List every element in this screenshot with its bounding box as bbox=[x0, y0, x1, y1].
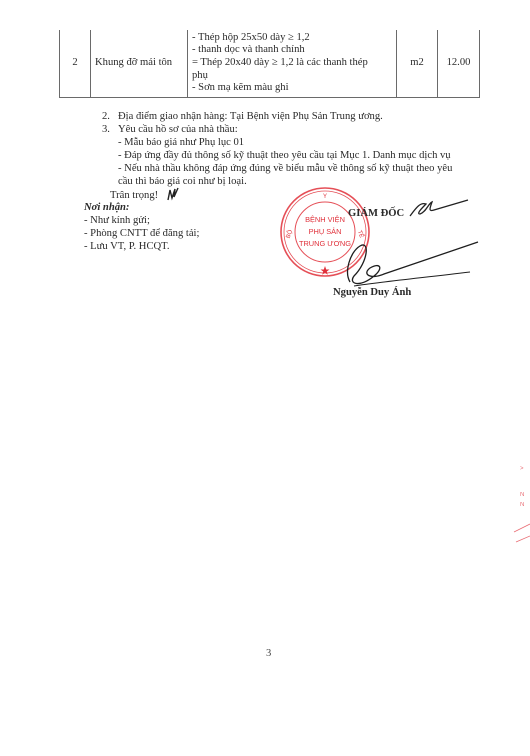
row-number: 2 bbox=[60, 30, 91, 97]
adjacent-stamp-fragment-icon: > N N bbox=[508, 440, 530, 550]
recipient-item: - Phòng CNTT để đăng tải; bbox=[84, 227, 199, 240]
description-line: - Sơn mạ kẽm màu ghi bbox=[192, 82, 392, 95]
svg-text:N: N bbox=[520, 502, 524, 508]
page-number: 3 bbox=[266, 648, 271, 659]
item-delivery-location: 2.Địa điểm giao nhận hàng: Tại Bệnh viện… bbox=[102, 110, 383, 123]
recipient-item: - Lưu VT, P. HCQT. bbox=[84, 240, 170, 253]
table-row: 2 Khung đỡ mái tôn - Thép hộp 25x50 dày … bbox=[60, 30, 480, 97]
item-text: Yêu cầu hồ sơ của nhà thầu: bbox=[118, 124, 238, 135]
item-description: - Thép hộp 25x50 dày ≥ 1,2 - thanh dọc v… bbox=[188, 30, 397, 97]
item-bidder-requirements: 3.Yêu cầu hồ sơ của nhà thầu: bbox=[102, 123, 238, 136]
director-signature-icon bbox=[340, 232, 480, 292]
svg-text:N: N bbox=[520, 492, 524, 498]
svg-text:>: > bbox=[520, 466, 524, 472]
description-line: - thanh dọc và thanh chính bbox=[192, 44, 392, 57]
initial-signature-icon bbox=[165, 186, 181, 202]
item-number: 2. bbox=[102, 110, 118, 123]
description-line: = Thép 20x40 dày ≥ 1,2 là các thanh thép bbox=[192, 57, 392, 70]
requirement-line: - Đáp ứng đầy đủ thông số kỹ thuật theo … bbox=[118, 149, 451, 162]
item-text: Địa điểm giao nhận hàng: Tại Bệnh viện P… bbox=[118, 111, 383, 122]
item-number: 3. bbox=[102, 123, 118, 136]
svg-text:Y: Y bbox=[323, 194, 327, 200]
recipients-title: Nơi nhận: bbox=[84, 201, 129, 214]
director-signature-small-icon bbox=[408, 198, 470, 220]
requirement-line: cầu thì báo giá coi như bị loại. bbox=[118, 175, 247, 188]
item-unit: m2 bbox=[397, 30, 438, 97]
signer-position: GIÁM ĐỐC bbox=[348, 207, 404, 220]
description-line: - Thép hộp 25x50 dày ≥ 1,2 bbox=[192, 32, 392, 45]
signer-name: Nguyễn Duy Ánh bbox=[333, 286, 411, 299]
recipient-item: - Như kính gửi; bbox=[84, 214, 150, 227]
document-page: 2 Khung đỡ mái tôn - Thép hộp 25x50 dày … bbox=[0, 0, 530, 756]
item-quantity: 12.00 bbox=[438, 30, 480, 97]
svg-text:PHỤ SẢN: PHỤ SẢN bbox=[309, 227, 342, 236]
item-name: Khung đỡ mái tôn bbox=[91, 30, 188, 97]
svg-text:BỆNH VIỆN: BỆNH VIỆN bbox=[305, 215, 345, 224]
svg-text:BỘ: BỘ bbox=[285, 229, 295, 240]
specification-table: 2 Khung đỡ mái tôn - Thép hộp 25x50 dày … bbox=[59, 30, 480, 98]
requirement-line: - Nếu nhà thầu không đáp ứng đúng về biể… bbox=[118, 162, 452, 175]
description-line: phụ bbox=[192, 70, 392, 83]
requirement-line: - Mẫu báo giá như Phụ lục 01 bbox=[118, 136, 244, 149]
